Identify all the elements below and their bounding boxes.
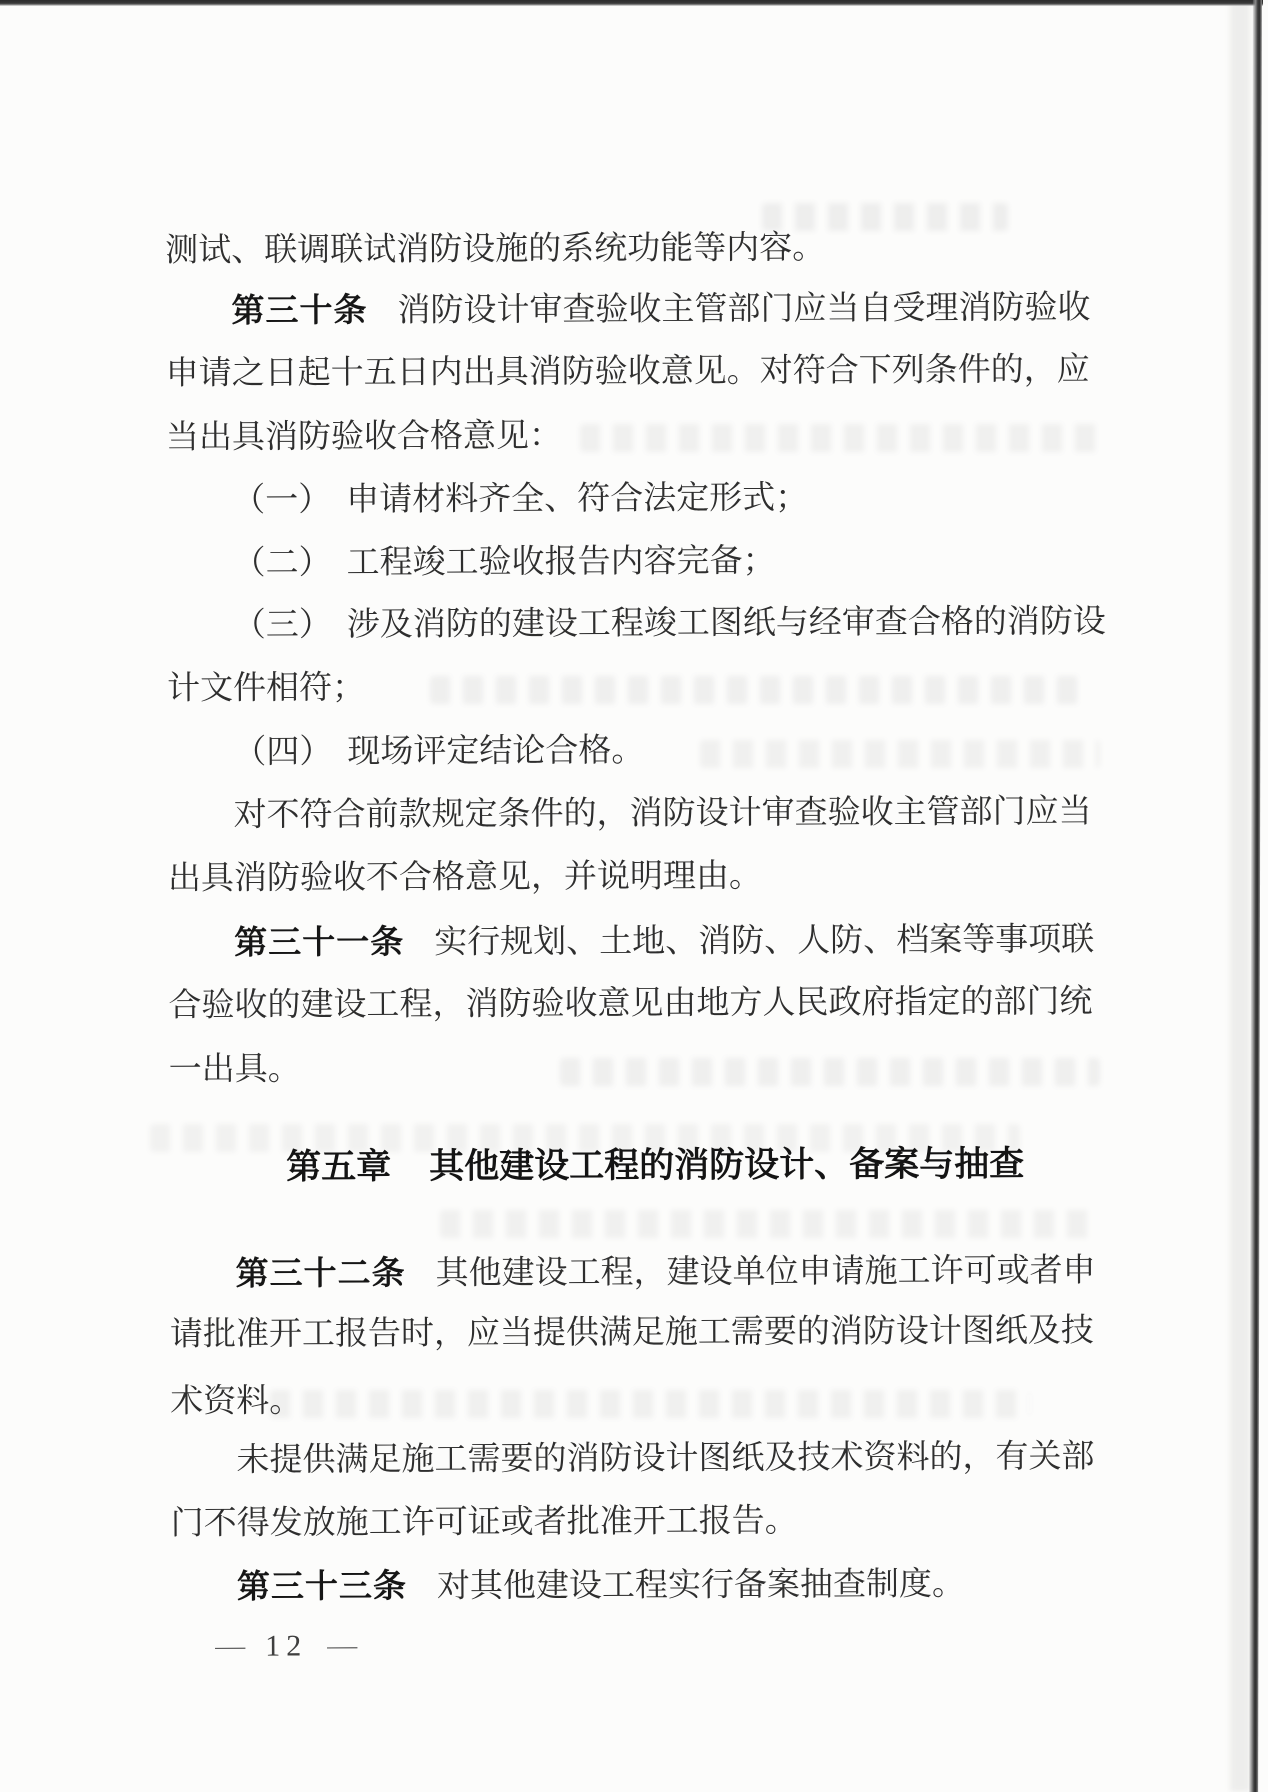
body-text: 门不得发放施工许可证或者批准开工报告。 (171, 1503, 798, 1542)
article-30-para-2-line-1: 对不符合前款规定条件的，消防设计审查验收主管部门应当 (234, 794, 1092, 836)
body-text: 实行规划、土地、消防、人防、档案等事项联 (434, 922, 1094, 961)
article-32-para-2-line-1: 未提供满足施工需要的消防设计图纸及技术资料的，有关部 (236, 1439, 1094, 1481)
article-30-number: 第三十条 (231, 290, 367, 330)
article-32-line-1: 第三十二条其他建设工程，建设单位申请施工许可或者申 (236, 1252, 1096, 1294)
article-33-number: 第三十三条 (237, 1566, 407, 1606)
body-text: 对不符合前款规定条件的，消防设计审查验收主管部门应当 (234, 794, 1092, 834)
chapter-5-number: 第五章 (286, 1147, 391, 1187)
list-item-1: （一）申请材料齐全、符合法定形式； (232, 480, 808, 521)
article-32-line-2: 请批准开工报告时，应当提供满足施工需要的消防设计图纸及技 (170, 1313, 1094, 1355)
body-text: 消防设计审查验收主管部门应当自受理消防验收 (397, 290, 1090, 329)
scan-edge-right-halo (1230, 0, 1250, 1792)
body-text: 合验收的建设工程，消防验收意见由地方人民政府指定的部门统 (168, 984, 1092, 1024)
article-30-line-1: 第三十条消防设计审查验收主管部门应当自受理消防验收 (231, 289, 1090, 331)
chapter-5-heading: 第五章其他建设工程的消防设计、备案与抽查 (185, 1144, 1125, 1188)
article-31-line-1: 第三十一条实行规划、土地、消防、人防、档案等事项联 (234, 921, 1094, 963)
body-text: 涉及消防的建设工程竣工图纸与经审查合格的消防设 (347, 604, 1106, 643)
article-31-line-3: 一出具。 (169, 1051, 301, 1090)
item-3-label: （三） (233, 607, 332, 643)
item-1-label: （一） (232, 482, 331, 518)
body-text: 对其他建设工程实行备案抽查制度。 (437, 1567, 965, 1605)
item-2-label: （二） (232, 545, 331, 581)
article-31-line-2: 合验收的建设工程，消防验收意见由地方人民政府指定的部门统 (168, 984, 1092, 1026)
body-text: 工程竣工验收报告内容完备； (346, 543, 775, 581)
chapter-5-title: 其他建设工程的消防设计、备案与抽查 (429, 1144, 1024, 1187)
body-text: 出具消防验收不合格意见，并说明理由。 (168, 858, 762, 897)
page-number: 12 (265, 1629, 307, 1663)
article-30-line-2: 申请之日起十五日内出具消防验收意见。对符合下列条件的，应 (166, 352, 1090, 394)
body-text: 术资料。 (170, 1383, 302, 1420)
body-text: 测试、联调联试消防设施的系统功能等内容。 (165, 230, 825, 269)
article-31-number: 第三十一条 (234, 922, 404, 962)
footer-left-dash: — (215, 1633, 245, 1660)
body-text: 一出具。 (169, 1051, 301, 1088)
body-text: 申请材料齐全、符合法定形式； (346, 480, 808, 518)
list-item-3-line-1: （三）涉及消防的建设工程竣工图纸与经审查合格的消防设 (233, 604, 1106, 646)
item-4-label: （四） (233, 734, 332, 770)
body-text: 计文件相符； (167, 670, 365, 707)
scanned-document-page: 测试、联调联试消防设施的系统功能等内容。 第三十条消防设计审查验收主管部门应当自… (0, 0, 1268, 1792)
body-text: 未提供满足施工需要的消防设计图纸及技术资料的，有关部 (236, 1439, 1094, 1479)
body-text: 现场评定结论合格。 (347, 733, 644, 770)
footer-right-dash: — (327, 1633, 357, 1660)
scan-edge-top-line (0, 0, 1263, 6)
list-item-2: （二）工程竣工验收报告内容完备； (232, 543, 775, 583)
body-text: 申请之日起十五日内出具消防验收意见。对符合下列条件的，应 (166, 352, 1090, 392)
article-32-number: 第三十二条 (236, 1253, 406, 1293)
body-text: 请批准开工报告时，应当提供满足施工需要的消防设计图纸及技 (170, 1313, 1094, 1353)
article-33-line: 第三十三条对其他建设工程实行备案抽查制度。 (237, 1566, 965, 1607)
paragraph-continuation-line: 测试、联调联试消防设施的系统功能等内容。 (165, 230, 825, 271)
body-text: 其他建设工程，建设单位申请施工许可或者申 (436, 1253, 1096, 1292)
list-item-4: （四）现场评定结论合格。 (233, 733, 644, 773)
article-30-para-2-line-2: 出具消防验收不合格意见，并说明理由。 (168, 858, 762, 899)
article-32-para-2-line-2: 门不得发放施工许可证或者批准开工报告。 (171, 1503, 798, 1544)
article-32-line-3: 术资料。 (170, 1383, 302, 1422)
body-text: 当出具消防验收合格意见： (166, 418, 562, 456)
page-footer: — 12 — (215, 1629, 357, 1664)
document-text-block: 测试、联调联试消防设施的系统功能等内容。 第三十条消防设计审查验收主管部门应当自… (0, 0, 1268, 1792)
list-item-3-line-2: 计文件相符； (167, 670, 365, 709)
article-30-line-3: 当出具消防验收合格意见： (166, 418, 562, 458)
